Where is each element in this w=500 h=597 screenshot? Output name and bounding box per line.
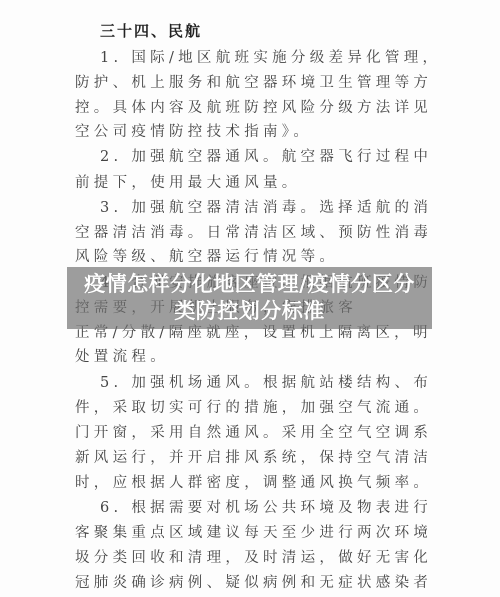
doc-line: 件，采取切实可行的措施，加强空气流通。气温适合的应开 — [75, 397, 427, 419]
doc-line: 前提下，使用最大通风量。 — [75, 172, 427, 194]
doc-line: 防护、机上服务和航空器环境卫生管理等方面实施差异化防 — [75, 72, 427, 94]
doc-line: 1. 国际/地区航班实施分级差异化管理，在机组人员个体 — [100, 47, 427, 69]
banner-title-line-1: 疫情怎样分化地区管理/疫情分区分 — [84, 271, 415, 298]
doc-line: 2. 加强航空器通风。航空器飞行过程中，在保障安全的 — [100, 146, 427, 168]
banner-title-line-2: 类防控划分标准 — [174, 298, 325, 325]
doc-line: 时，应根据人群密度，调整通风换气频率。 — [75, 472, 427, 494]
doc-line: 处置流程。 — [75, 346, 427, 368]
doc-line: 3. 加强航空器清洁消毒。选择适航的消毒产品，做好航 — [100, 197, 427, 219]
doc-line: 圾分类回收和清理，及时清运，做好无害化处理。如发现新 — [75, 547, 427, 569]
doc-line: 冠肺炎确诊病例、疑似病例和无症状感染者时，需由专业人 — [75, 572, 427, 594]
doc-line: 5. 加强机场通风。根据航站楼结构、布局和当地气候条 — [100, 372, 427, 394]
doc-line: 控。具体内容及航班防控风险分级方法详见最新版《运输航 — [75, 97, 427, 119]
doc-line: 门开窗，采用自然通风。采用全空气空调系统的，可视情全 — [75, 422, 427, 444]
doc-line: 风险等级、航空器运行情况等。 — [75, 246, 427, 268]
doc-line: 6. 根据需要对机场公共环境及物表进行预防性消毒。旅 — [100, 497, 427, 519]
section-heading: 三十四、民航 — [100, 20, 202, 42]
doc-line: 新风运行，并开启排风系统，保持空气清洁。旅客过于密集 — [75, 447, 427, 469]
doc-line: 空器清洁消毒。日常清洁区域、预防性消毒频次等依据航班 — [75, 222, 427, 244]
doc-line: 客聚集重点区域建议每天至少进行两次环境消毒。需加强垃 — [75, 522, 427, 544]
doc-line: 空公司疫情防控技术指南》。 — [75, 121, 427, 143]
title-overlay-banner: 疫情怎样分化地区管理/疫情分区分 类防控划分标准 — [67, 267, 432, 329]
